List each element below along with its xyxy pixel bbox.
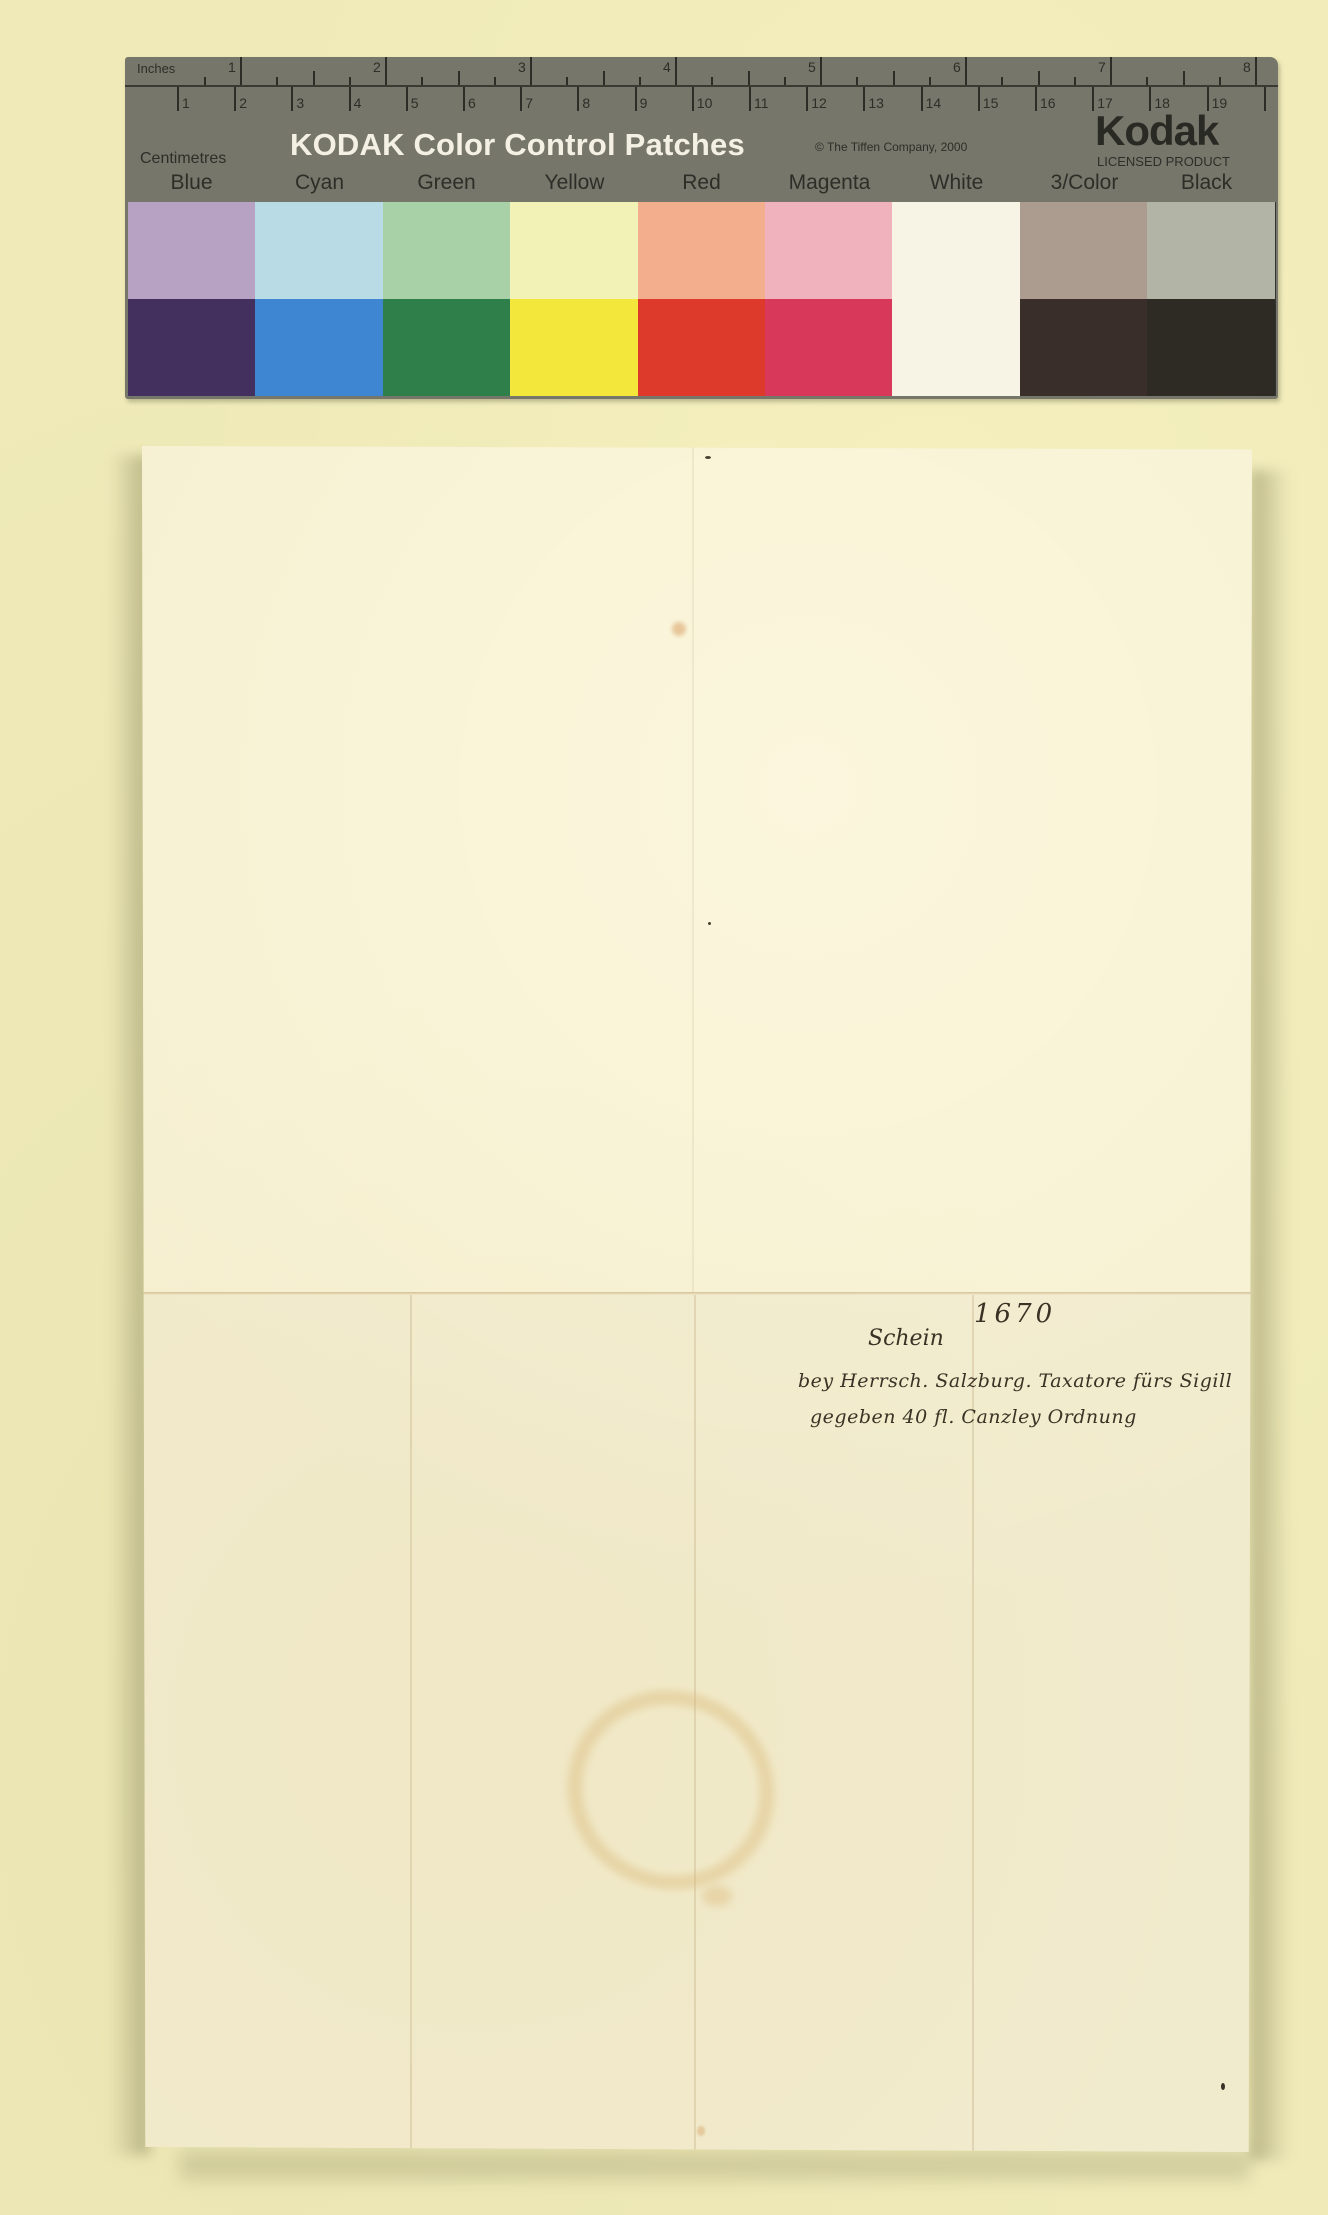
cm-tick	[463, 87, 465, 111]
patch-cyan	[255, 202, 382, 396]
inch-ruler: Inches 12345678	[125, 57, 1278, 87]
patch-3color-dark	[1020, 299, 1148, 396]
patch-label-cyan: Cyan	[256, 171, 383, 195]
patch-blue-dark	[128, 299, 256, 396]
inch-tick	[1146, 77, 1148, 85]
patch-green	[383, 202, 510, 396]
inch-tick	[856, 77, 858, 85]
cm-tick	[635, 87, 637, 111]
ink-speck	[708, 922, 711, 925]
inch-tick	[965, 57, 967, 85]
cm-tick	[978, 87, 980, 111]
inch-tick	[1110, 57, 1112, 85]
cm-tick	[349, 87, 351, 111]
vertical-fold-center-upper	[692, 446, 694, 1292]
patch-label-magenta: Magenta	[766, 171, 893, 195]
color-patches	[128, 202, 1275, 396]
cm-tick-label: 5	[411, 95, 419, 111]
card-title: KODAK Color Control Patches	[290, 127, 745, 163]
patch-yellow-light	[510, 202, 638, 300]
patch-magenta	[765, 202, 892, 396]
inch-tick	[349, 77, 351, 85]
licensed-product-label: LICENSED PRODUCT	[1097, 154, 1230, 169]
patch-red-dark	[638, 299, 766, 396]
cm-tick-label: 3	[296, 95, 304, 111]
inch-tick	[603, 71, 605, 85]
stain-mark	[702, 1886, 732, 1906]
cm-tick-label: 11	[754, 95, 769, 111]
inch-tick	[494, 77, 496, 85]
patch-label-black: Black	[1143, 171, 1270, 195]
vertical-fold-left	[410, 1295, 412, 2152]
patch-blue	[128, 202, 255, 396]
cm-tick-label: 13	[868, 95, 884, 111]
inch-tick	[711, 77, 713, 85]
patch-yellow-dark	[510, 299, 638, 396]
handwritten-line-3: gegeben 40 fl. Canzley Ordnung	[810, 1406, 1137, 1428]
cm-tick-label: 10	[697, 95, 713, 111]
cm-tick-label: 15	[983, 95, 999, 111]
cm-tick	[291, 87, 293, 111]
patch-black-light	[1147, 202, 1275, 300]
ink-speck	[1221, 2083, 1225, 2090]
patch-3color-light	[1020, 202, 1148, 300]
inch-tick-label: 8	[1243, 59, 1251, 75]
inch-tick	[530, 57, 532, 85]
patch-red	[638, 202, 765, 396]
inch-tick	[1001, 77, 1003, 85]
inch-tick	[421, 77, 423, 85]
centimetres-label: Centimetres	[140, 150, 226, 168]
cm-tick	[406, 87, 408, 111]
cm-tick	[1092, 87, 1094, 111]
inch-tick	[458, 71, 460, 85]
inch-tick-label: 6	[953, 59, 961, 75]
kodak-color-control-card: Inches 12345678 123456789101112131415161…	[125, 57, 1278, 399]
ink-speck	[705, 456, 711, 459]
cm-tick-label: 6	[468, 95, 476, 111]
cm-tick-label: 16	[1040, 95, 1056, 111]
inch-tick	[1183, 71, 1185, 85]
patch-label-red: Red	[638, 171, 765, 195]
patch-white	[892, 202, 1019, 396]
inch-tick	[929, 77, 931, 85]
cm-tick	[1264, 87, 1266, 111]
inch-tick-label: 4	[663, 59, 671, 75]
inch-tick	[385, 57, 387, 85]
kodak-logo: Kodak	[1095, 107, 1218, 155]
cm-tick	[749, 87, 751, 111]
inches-label: Inches	[137, 61, 175, 76]
inch-tick-label: 5	[808, 59, 816, 75]
cm-tick-label: 4	[354, 95, 362, 111]
patch-cyan-light	[255, 202, 383, 300]
cm-tick	[692, 87, 694, 111]
cm-tick	[806, 87, 808, 111]
card-copyright: © The Tiffen Company, 2000	[815, 140, 967, 154]
cm-tick	[520, 87, 522, 111]
inch-tick	[313, 71, 315, 85]
inch-tick	[1074, 77, 1076, 85]
inch-tick	[748, 71, 750, 85]
document-sheet: 1670 Schein bey Herrsch. Salzburg. Taxat…	[142, 446, 1252, 2152]
upper-panel	[142, 446, 1252, 1292]
patch-yellow	[510, 202, 637, 396]
inch-tick	[276, 77, 278, 85]
inch-tick-label: 1	[228, 59, 236, 75]
inch-tick-label: 7	[1098, 59, 1106, 75]
inch-tick	[204, 77, 206, 85]
handwritten-year: 1670	[974, 1299, 1056, 1329]
cm-tick	[177, 87, 179, 111]
cm-tick	[1035, 87, 1037, 111]
cm-tick-label: 12	[811, 95, 827, 111]
patch-white-swatch	[892, 202, 1020, 396]
patch-label-yellow: Yellow	[511, 171, 638, 195]
inch-tick	[820, 57, 822, 85]
patch-black-dark	[1147, 299, 1275, 396]
foxing-spot	[697, 2126, 705, 2136]
cm-tick	[921, 87, 923, 111]
patch-cyan-dark	[255, 299, 383, 396]
inch-tick-label: 2	[373, 59, 381, 75]
inch-tick	[893, 71, 895, 85]
inch-tick	[784, 77, 786, 85]
foxing-spot	[672, 622, 686, 636]
patch-label-green: Green	[383, 171, 510, 195]
patch-magenta-dark	[765, 299, 893, 396]
patch-labels: Blue Cyan Green Yellow Red Magenta White…	[125, 171, 1278, 199]
cm-tick-label: 8	[582, 95, 590, 111]
cm-tick-label: 9	[640, 95, 648, 111]
inch-tick	[639, 77, 641, 85]
handwritten-line-1: Schein	[868, 1326, 944, 1351]
cm-tick	[234, 87, 236, 111]
patch-3color	[1020, 202, 1147, 396]
inch-tick	[1219, 77, 1221, 85]
patch-green-light	[383, 202, 511, 300]
patch-label-white: White	[893, 171, 1020, 195]
cm-tick-label: 2	[239, 95, 247, 111]
paper-shadow-bottom	[180, 2150, 1250, 2180]
patch-green-dark	[383, 299, 511, 396]
patch-red-light	[638, 202, 766, 300]
cm-tick-label: 7	[525, 95, 533, 111]
cm-tick-label: 14	[926, 95, 942, 111]
patch-black	[1147, 202, 1274, 396]
inch-tick-label: 3	[518, 59, 526, 75]
inch-tick	[240, 57, 242, 85]
cm-tick	[577, 87, 579, 111]
patch-label-3color: 3/Color	[1021, 171, 1148, 195]
inch-tick	[1255, 57, 1257, 85]
handwritten-line-2: bey Herrsch. Salzburg. Taxatore fürs Sig…	[798, 1370, 1232, 1392]
inch-tick	[675, 57, 677, 85]
patch-magenta-light	[765, 202, 893, 300]
cm-tick	[863, 87, 865, 111]
patch-blue-light	[128, 202, 256, 300]
patch-label-blue: Blue	[128, 171, 255, 195]
cm-tick-label: 1	[182, 95, 190, 111]
paper-shadow-right	[1250, 470, 1290, 2160]
horizontal-fold-line	[142, 1292, 1252, 1295]
inch-tick	[566, 77, 568, 85]
inch-tick	[1038, 71, 1040, 85]
